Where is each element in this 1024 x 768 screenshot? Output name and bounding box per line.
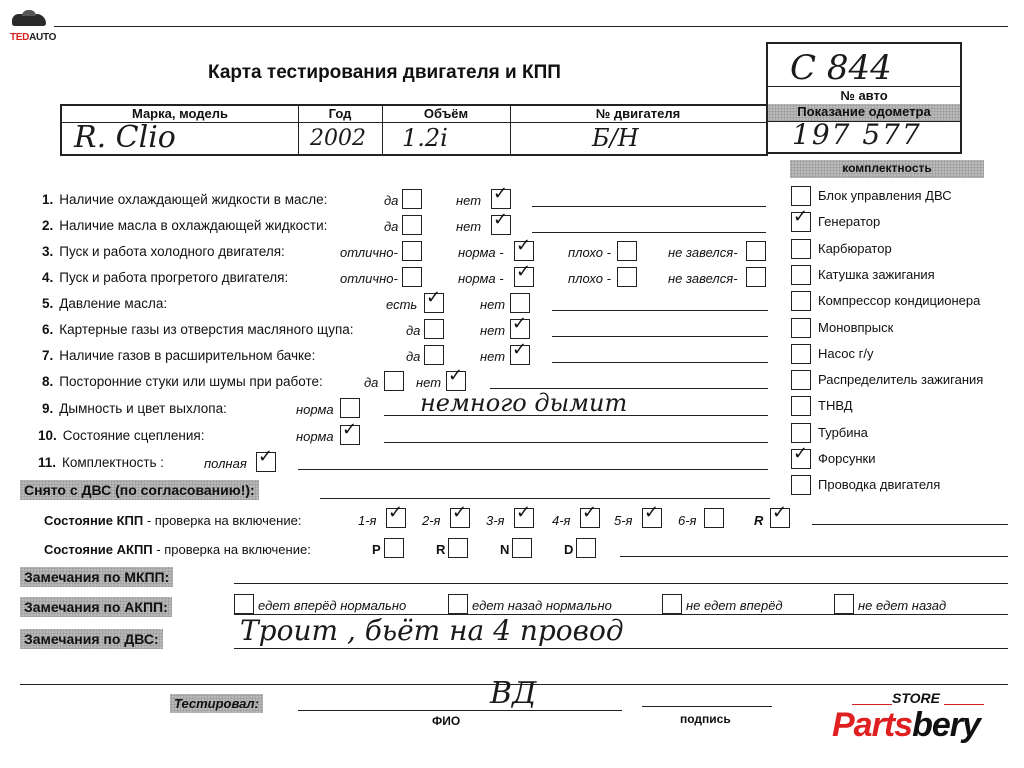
kit-checkbox[interactable] — [791, 318, 811, 338]
option-checkbox[interactable] — [746, 241, 766, 261]
gear-label: D — [564, 542, 573, 557]
checkmark-icon: ✓ — [258, 447, 273, 467]
question-text: 8.Посторонние стуки или шумы при работе: — [42, 374, 323, 389]
gear-checkbox[interactable] — [512, 538, 532, 558]
option-checkbox[interactable]: ✓ — [340, 425, 360, 445]
checkmark-icon: ✓ — [793, 444, 808, 464]
gear-checkbox[interactable] — [704, 508, 724, 528]
option-label: норма — [296, 402, 334, 417]
akpp-remark-label: едет назад нормально — [472, 598, 612, 613]
signature-caption: подпись — [680, 712, 731, 726]
dvs-remarks-value: Троит , бьёт на 4 провод — [240, 614, 624, 647]
option-label: нет — [456, 193, 481, 208]
option-label: да — [406, 349, 420, 364]
year-value: 2002 — [310, 126, 366, 151]
option-checkbox[interactable] — [402, 267, 422, 287]
gear-checkbox[interactable] — [384, 538, 404, 558]
gear-checkbox[interactable]: ✓ — [642, 508, 662, 528]
gear-label: 4-я — [552, 513, 571, 528]
col-make-model: Марка, модель — [62, 106, 298, 121]
col-year: Год — [298, 106, 382, 121]
kit-item-label: Моновпрыск — [818, 320, 893, 335]
option-checkbox[interactable] — [617, 267, 637, 287]
checkmark-icon: ✓ — [516, 503, 531, 523]
option-label: отлично- — [340, 245, 398, 260]
col-volume: Объём — [382, 106, 510, 121]
logo-text-black: AUTO — [29, 32, 56, 43]
checkmark-icon: ✓ — [448, 366, 463, 386]
option-checkbox[interactable]: ✓ — [510, 319, 530, 339]
mkpp-remarks-label: Замечания по МКПП: — [20, 567, 173, 587]
option-label: норма - — [458, 271, 504, 286]
gear-checkbox[interactable]: ✓ — [450, 508, 470, 528]
option-label: норма - — [458, 245, 504, 260]
option-checkbox[interactable]: ✓ — [491, 215, 511, 235]
brand-red: Parts — [832, 706, 912, 744]
checkmark-icon: ✓ — [516, 236, 531, 256]
gear-checkbox[interactable]: ✓ — [580, 508, 600, 528]
option-checkbox[interactable] — [402, 215, 422, 235]
question-text: 7.Наличие газов в расширительном бачке: — [42, 348, 315, 363]
option-label: полная — [204, 456, 247, 471]
car-number-label: № авто — [768, 88, 960, 103]
answer-line[interactable] — [552, 336, 768, 337]
akpp-remark-label: едет вперёд нормально — [258, 598, 406, 613]
question-text: 11.Комплектность : — [38, 455, 164, 470]
kit-checkbox[interactable] — [791, 291, 811, 311]
gear-checkbox[interactable] — [448, 538, 468, 558]
odometer-label: Показание одометра — [768, 104, 960, 119]
question-text: 3.Пуск и работа холодного двигателя: — [42, 244, 285, 259]
checkmark-icon: ✓ — [772, 503, 787, 523]
option-checkbox[interactable]: ✓ — [424, 293, 444, 313]
engine-number-value: Б/Н — [592, 124, 639, 152]
odometer-value: 197 577 — [792, 118, 922, 151]
option-label: есть — [386, 297, 417, 312]
option-label: да — [406, 323, 420, 338]
question-text: 10.Состояние сцепления: — [38, 428, 205, 443]
kit-checkbox[interactable]: ✓ — [791, 449, 811, 469]
option-checkbox[interactable]: ✓ — [514, 241, 534, 261]
option-label: не завелся- — [668, 271, 738, 286]
mkpp-remarks-line[interactable] — [234, 583, 1008, 584]
option-checkbox[interactable] — [510, 293, 530, 313]
option-label: плохо - — [568, 271, 611, 286]
tester-name-line[interactable] — [298, 710, 622, 711]
option-checkbox[interactable] — [424, 319, 444, 339]
option-checkbox[interactable]: ✓ — [510, 345, 530, 365]
gear-checkbox[interactable]: ✓ — [770, 508, 790, 528]
checkmark-icon: ✓ — [426, 288, 441, 308]
gear-checkbox[interactable]: ✓ — [514, 508, 534, 528]
checkmark-icon: ✓ — [516, 262, 531, 282]
akpp-remark-checkbox[interactable] — [234, 594, 254, 614]
question-text: 2.Наличие масла в охлаждающей жидкости: — [42, 218, 327, 233]
answer-line[interactable] — [532, 232, 766, 233]
kit-item-label: Распределитель зажигания — [818, 372, 983, 387]
kit-checkbox[interactable] — [791, 370, 811, 390]
answer-line[interactable] — [384, 442, 768, 443]
kit-item-label: Проводка двигателя — [818, 477, 940, 492]
gear-label: 5-я — [614, 513, 633, 528]
kit-item-label: Катушка зажигания — [818, 267, 935, 282]
gear-label: N — [500, 542, 509, 557]
akpp-remark-checkbox[interactable] — [662, 594, 682, 614]
checkmark-icon: ✓ — [493, 184, 508, 204]
kit-item-label: Компрессор кондиционера — [818, 293, 980, 308]
make-model-value: R. Clio — [74, 120, 176, 155]
gear-label: R — [436, 542, 445, 557]
akpp-remark-label: не едет вперёд — [686, 598, 783, 613]
checkmark-icon: ✓ — [793, 207, 808, 227]
question-note: немного дымит — [420, 389, 627, 417]
option-checkbox[interactable]: ✓ — [446, 371, 466, 391]
answer-line[interactable] — [298, 469, 768, 470]
option-checkbox[interactable] — [402, 189, 422, 209]
signature-line[interactable] — [642, 706, 772, 707]
kit-checkbox[interactable] — [791, 239, 811, 259]
tester-label: Тестировал: — [170, 694, 263, 713]
partsbery-logo: STORE Partsbery — [832, 690, 1002, 750]
checkmark-icon: ✓ — [388, 503, 403, 523]
akpp-remarks-label: Замечания по АКПП: — [20, 597, 172, 617]
removed-label: Снято с ДВС (по согласованию!): — [20, 480, 259, 500]
question-text: 1.Наличие охлаждающей жидкости в масле: — [42, 192, 327, 207]
answer-line[interactable] — [552, 310, 768, 311]
car-info-box: C 844 № авто Показание одометра 197 577 — [766, 42, 962, 154]
kit-checkbox[interactable] — [791, 475, 811, 495]
col-engine-number: № двигателя — [510, 106, 766, 121]
gear-checkbox[interactable] — [576, 538, 596, 558]
option-label: плохо - — [568, 245, 611, 260]
option-label: нет — [456, 219, 481, 234]
option-checkbox[interactable] — [384, 371, 404, 391]
top-rule — [54, 26, 1008, 27]
option-label: нет — [480, 297, 505, 312]
question-text: 9.Дымность и цвет выхлопа: — [42, 401, 227, 416]
option-checkbox[interactable]: ✓ — [256, 452, 276, 472]
option-label: да — [384, 193, 398, 208]
kit-checkbox[interactable] — [791, 186, 811, 206]
checkmark-icon: ✓ — [493, 210, 508, 230]
kit-item-label: Блок управления ДВС — [818, 188, 952, 203]
option-label: не завелся- — [668, 245, 738, 260]
car-icon — [12, 14, 46, 26]
kit-item-label: Насос г/у — [818, 346, 873, 361]
gear-label: 6-я — [678, 513, 697, 528]
name-caption: ФИО — [432, 714, 460, 728]
gear-label: 2-я — [422, 513, 441, 528]
kpp-label: Состояние КПП - проверка на включение: — [44, 513, 301, 528]
gear-checkbox[interactable]: ✓ — [386, 508, 406, 528]
kit-checkbox[interactable]: ✓ — [791, 212, 811, 232]
option-label: нет — [416, 375, 441, 390]
option-label: да — [364, 375, 378, 390]
kit-checkbox[interactable] — [791, 344, 811, 364]
akpp-remark-label: не едет назад — [858, 598, 946, 613]
volume-value: 1.2i — [402, 124, 448, 152]
kit-item-label: Турбина — [818, 425, 868, 440]
answer-line[interactable] — [552, 362, 768, 363]
kit-checkbox[interactable] — [791, 423, 811, 443]
checkmark-icon: ✓ — [512, 340, 527, 360]
akpp-label: Состояние АКПП - проверка на включение: — [44, 542, 311, 557]
tester-name-value: ВД — [490, 676, 536, 711]
kit-header: комплектность — [790, 161, 984, 175]
option-label: нет — [480, 323, 505, 338]
checkmark-icon: ✓ — [644, 503, 659, 523]
option-checkbox[interactable]: ✓ — [514, 267, 534, 287]
akpp-remark-checkbox[interactable] — [448, 594, 468, 614]
checkmark-icon: ✓ — [452, 503, 467, 523]
kit-item-label: Генератор — [818, 214, 880, 229]
tedauto-logo: TEDAUTO — [6, 8, 66, 42]
gear-label: 1-я — [358, 513, 377, 528]
option-checkbox[interactable] — [746, 267, 766, 287]
logo-text-red: TED — [10, 32, 29, 43]
question-text: 4.Пуск и работа прогретого двигателя: — [42, 270, 288, 285]
brand-black: bery — [912, 706, 980, 744]
car-number-value: C 844 — [790, 48, 892, 88]
gear-label: R — [754, 513, 763, 528]
checkmark-icon: ✓ — [342, 420, 357, 440]
option-checkbox[interactable] — [402, 241, 422, 261]
removed-line[interactable] — [320, 498, 770, 499]
option-checkbox[interactable] — [617, 241, 637, 261]
dvs-remarks-label: Замечания по ДВС: — [20, 629, 163, 649]
option-checkbox[interactable] — [340, 398, 360, 418]
kit-item-label: Карбюратор — [818, 241, 892, 256]
gear-label: 3-я — [486, 513, 505, 528]
kit-item-label: ТНВД — [818, 398, 853, 413]
option-checkbox[interactable] — [424, 345, 444, 365]
kit-checkbox[interactable] — [791, 396, 811, 416]
checkmark-icon: ✓ — [512, 314, 527, 334]
checkmark-icon: ✓ — [582, 503, 597, 523]
option-label: да — [384, 219, 398, 234]
store-text: STORE — [892, 690, 940, 706]
gear-label: P — [372, 542, 381, 557]
option-label: нет — [480, 349, 505, 364]
option-checkbox[interactable]: ✓ — [491, 189, 511, 209]
question-text: 6.Картерные газы из отверстия масляного … — [42, 322, 354, 337]
kit-item-label: Форсунки — [818, 451, 875, 466]
page-title: Карта тестирования двигателя и КПП — [208, 62, 561, 84]
kit-checkbox[interactable] — [791, 265, 811, 285]
option-label: отлично- — [340, 271, 398, 286]
option-label: норма — [296, 429, 334, 444]
akpp-remark-checkbox[interactable] — [834, 594, 854, 614]
vehicle-table: Марка, модель Год Объём № двигателя R. C… — [60, 104, 768, 156]
answer-line[interactable] — [532, 206, 766, 207]
question-text: 5.Давление масла: — [42, 296, 167, 311]
